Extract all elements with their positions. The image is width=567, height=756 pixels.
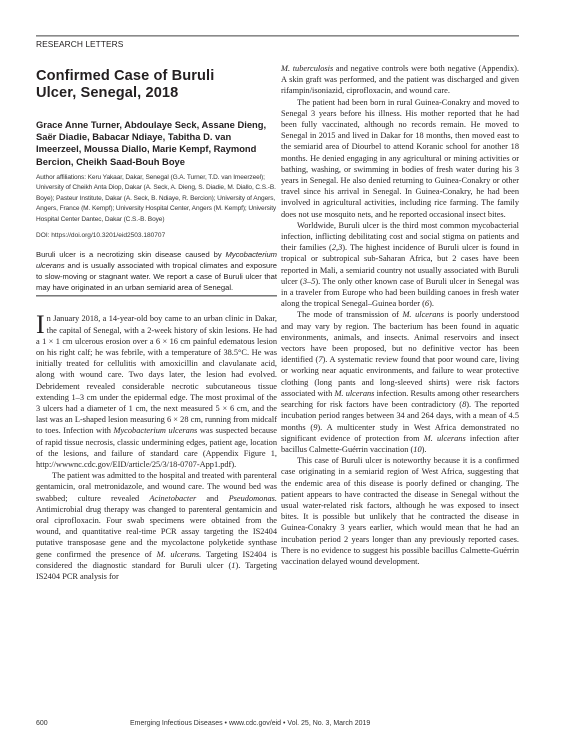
reference-link[interactable]: 3–5 [303, 277, 316, 286]
left-column: Confirmed Case of Buruli Ulcer, Senegal,… [36, 68, 277, 582]
paragraph: M. tuberculosis and negative controls we… [281, 63, 519, 97]
header-rule [36, 35, 519, 37]
paragraph: The mode of transmission of M. ulcerans … [281, 309, 519, 455]
section-label: RESEARCH LETTERS [36, 39, 123, 49]
paragraph: This case of Buruli ulcer is noteworthy … [281, 455, 519, 567]
abstract: Buruli ulcer is a necrotizing skin disea… [36, 249, 277, 296]
right-column: M. tuberculosis and negative controls we… [281, 63, 519, 567]
reference-link[interactable]: 2,3 [332, 243, 342, 252]
abstract-rule [36, 296, 277, 297]
reference-link[interactable]: 10 [413, 445, 421, 454]
body-text-left: In January 2018, a 14-year-old boy came … [36, 313, 277, 582]
page-number: 600 [36, 720, 48, 727]
doi-link[interactable]: DOI: https://doi.org/10.3201/eid2503.180… [36, 231, 277, 241]
paragraph: Worldwide, Buruli ulcer is the third mos… [281, 220, 519, 310]
author-list: Grace Anne Turner, Abdoulaye Seck, Assan… [36, 119, 277, 168]
paragraph: The patient was admitted to the hospital… [36, 470, 277, 582]
paragraph: In January 2018, a 14-year-old boy came … [36, 313, 277, 470]
journal-page: RESEARCH LETTERS Confirmed Case of Burul… [0, 0, 567, 756]
drop-cap: I [36, 314, 45, 335]
title-line-2: Ulcer, Senegal, 2018 [36, 85, 178, 101]
title-line-1: Confirmed Case of Buruli [36, 68, 214, 84]
paragraph: The patient had been born in rural Guine… [281, 97, 519, 220]
journal-footer: Emerging Infectious Diseases • www.cdc.g… [130, 720, 370, 727]
author-affiliations: Author affiliations: Keru Yakaar, Dakar,… [36, 173, 277, 226]
article-title: Confirmed Case of Buruli Ulcer, Senegal,… [36, 68, 277, 101]
